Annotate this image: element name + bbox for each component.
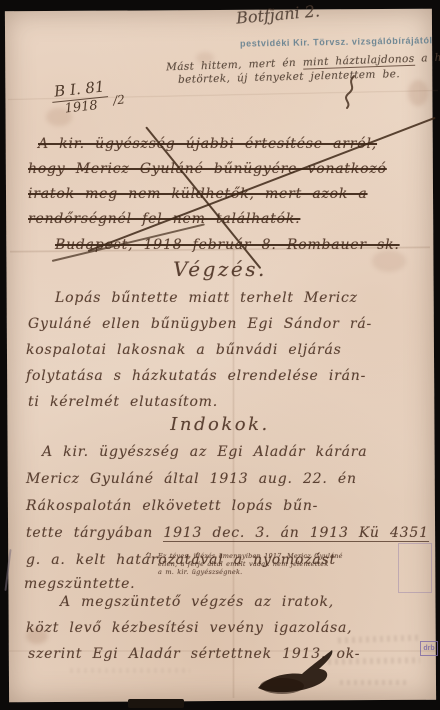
file-number: B I. 81 1918 /2 xyxy=(50,77,110,118)
reasons-heading: Indokok. xyxy=(0,414,440,435)
decision-heading: Végzés. xyxy=(0,257,440,281)
inserted-note-line: a m. kir. ügyészségnek. xyxy=(158,568,343,576)
decision-line: Gyuláné ellen bűnügyben Egi Sándor rá- xyxy=(28,316,372,332)
faint-box-stamp xyxy=(398,543,432,593)
struck-line: hogy Mericz Gyuláné bűnügyére vonatkozó xyxy=(28,161,387,177)
decision-line: folytatása s házkutatás elrendelése irán… xyxy=(26,368,366,384)
reasons-line: Rákospalotán elkövetett lopás bűn- xyxy=(26,498,318,514)
struck-line: A kir. ügyészség újabbi értesítése arról… xyxy=(38,136,377,152)
reasons-line-pre: tette tárgyában xyxy=(26,525,163,541)
pen-flourish-mark xyxy=(338,74,362,110)
reasons-line: közt levő kézbesítési vevény igazolása, xyxy=(26,620,352,636)
decision-line: ti kérelmét elutasítom. xyxy=(28,394,218,410)
margin-note-post: a hozzám xyxy=(414,51,440,65)
struck-line: rendőrségnél fel nem találhatók. xyxy=(28,211,300,227)
reasons-line: megszüntette. xyxy=(24,576,135,592)
reasons-line: tette tárgyában 1913 dec. 3. án 1913 Kü … xyxy=(26,525,429,541)
reasons-line: A megszüntető végzés az iratok, xyxy=(60,594,334,610)
fox-spot xyxy=(408,80,428,106)
inserted-note-line: ellen, a férje által emelt vádak nem jel… xyxy=(158,560,343,568)
inserted-correction-note: 1. Ez téves, idézés amennyiben 1917. Mer… xyxy=(148,552,343,576)
decision-line: Lopás bűntette miatt terhelt Mericz xyxy=(55,290,358,306)
photo-frame: Botfjani 2. pestvidéki Kir. Törvsz. vizs… xyxy=(0,0,440,710)
struck-date-line: Budapest, 1918 február 8. Rombauer sk. xyxy=(55,237,400,253)
case-number-underlined: 1913 dec. 3. án 1913 Kü 4351 xyxy=(163,525,428,542)
reasons-line: Mericz Gyuláné által 1913 aug. 22. én xyxy=(26,471,357,487)
bleed-through xyxy=(70,668,190,673)
file-number-suffix: /2 xyxy=(112,92,125,107)
reasons-line: A kir. ügyészség az Egi Aladár kárára xyxy=(42,444,367,460)
decision-line: kospalotai lakosnak a bűnvádi eljárás xyxy=(26,342,342,358)
bleed-through xyxy=(340,680,410,685)
inserted-note-line: 1. Ez téves, idézés amennyiben 1917. Mer… xyxy=(148,552,343,560)
ink-blot xyxy=(252,648,348,700)
border-smudge xyxy=(128,699,184,708)
drb-stamp: drb xyxy=(420,641,438,656)
